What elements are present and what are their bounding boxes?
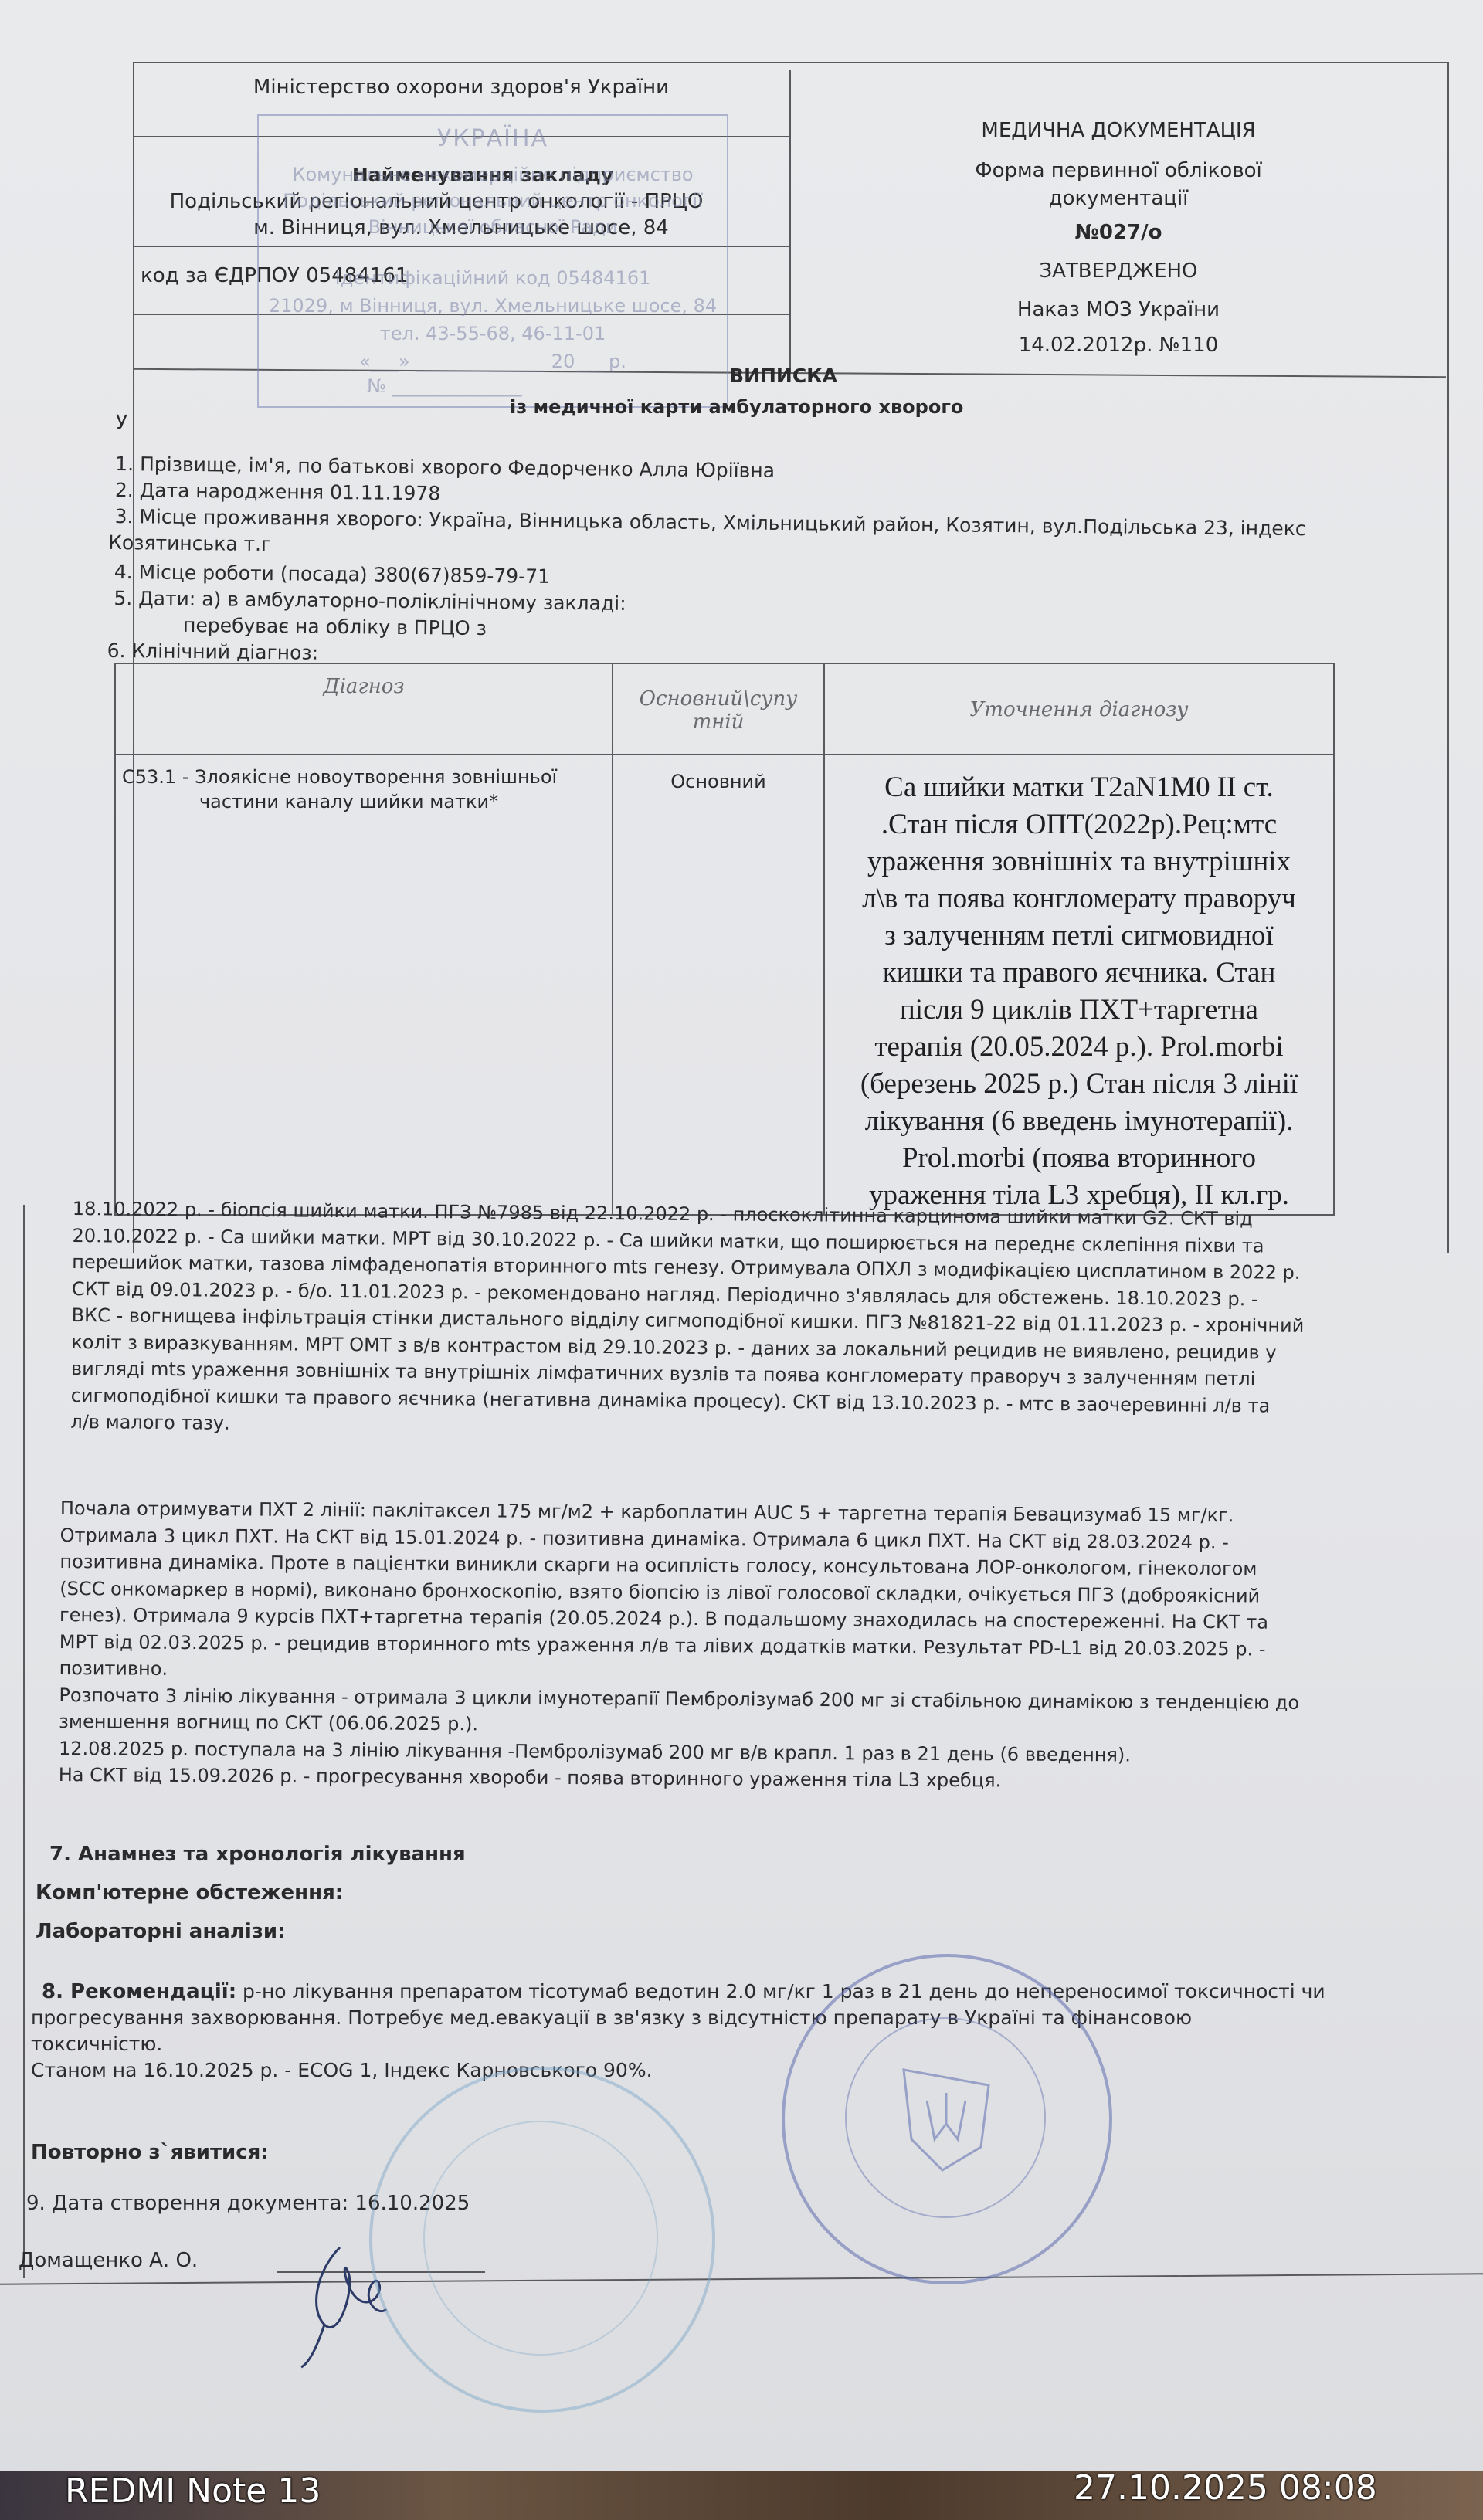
history-block-1: 18.10.2022 р. - біопсія шийки матки. ПГЗ… bbox=[70, 1196, 1305, 1446]
refinement-line: кишки та правого яєчника. Стан bbox=[831, 955, 1327, 992]
refinement-line: Са шийки матки T2aN1M0 II ст. bbox=[831, 769, 1327, 806]
form-line-1: Форма первинної облікової bbox=[791, 158, 1446, 184]
camera-device-label: REDMI Note 13 bbox=[65, 2471, 321, 2511]
table-row: C53.1 - Злоякісне новоутворення зовнішнь… bbox=[115, 755, 1334, 1215]
diagnosis-table: Діагноз Основний\супу тній Уточнення діа… bbox=[114, 663, 1335, 1216]
recommendations: 8. Рекомендації: р-но лікування препарат… bbox=[31, 1979, 1325, 2084]
order-date: 14.02.2012р. №110 bbox=[791, 332, 1446, 358]
lab-tests-label: Лабораторні аналізи: bbox=[36, 1918, 286, 1945]
col-header-diagnosis: Діагноз bbox=[115, 663, 613, 755]
revisit-label: Повторно з`явитися: bbox=[31, 2139, 269, 2166]
col-header-type-line1: Основний\супу bbox=[614, 687, 823, 711]
cell-refinement: Са шийки матки T2aN1M0 II ст. .Стан післ… bbox=[824, 755, 1334, 1215]
stamp-line: Ідентифікаційний код 05484161 bbox=[259, 267, 727, 289]
form-number: №027/о bbox=[791, 219, 1446, 246]
ministry-name: Міністерство охорони здоров'я України bbox=[133, 74, 789, 100]
status-ecog: Станом на 16.10.2025 р. - ECOG 1, Індекс… bbox=[31, 2057, 1325, 2084]
refinement-line: .Стан після ОПТ(2022р).Рец:мтс bbox=[831, 806, 1327, 843]
doctor-stamp-inner bbox=[423, 2121, 658, 2356]
stamp-line: Вінницької обласної Ради bbox=[259, 216, 727, 238]
refinement-line: ураження зовнішніх та внутрішніх bbox=[831, 843, 1327, 880]
order-label: Наказ МОЗ України bbox=[791, 297, 1446, 323]
camera-timestamp: 27.10.2025 08:08 bbox=[1074, 2468, 1377, 2508]
form-line-2: документації bbox=[791, 185, 1446, 212]
document-title: ВИПИСКА bbox=[729, 363, 837, 389]
section-8-heading: 8. Рекомендації: bbox=[42, 1980, 236, 2003]
stamp-date-line: «___» ______________ 20___ р. bbox=[259, 351, 727, 372]
patient-fields: У 1. Прізвище, ім'я, по батькові хворого… bbox=[114, 409, 1307, 677]
refinement-line: після 9 циклів ПХТ+таргетна bbox=[831, 992, 1327, 1029]
trident-emblem-icon bbox=[888, 2054, 1004, 2178]
history-block-2: Почала отримувати ПХТ 2 лінії: паклітакс… bbox=[59, 1495, 1301, 1796]
section-7-heading: 7. Анамнез та хронологія лікування bbox=[49, 1841, 466, 1867]
col-header-type: Основний\супу тній bbox=[613, 663, 824, 755]
refinement-line: Prol.morbi (поява вторинного bbox=[831, 1140, 1327, 1177]
stamp-line: 21029, м Вінниця, вул. Хмельницьке шосе,… bbox=[259, 295, 727, 317]
doctor-name: Домащенко А. О. bbox=[19, 2247, 198, 2274]
refinement-line: терапія (20.05.2024 р.). Prol.morbi bbox=[831, 1029, 1327, 1066]
document-paper: Міністерство охорони здоров'я України На… bbox=[0, 0, 1483, 2471]
page-bottom-border bbox=[0, 2273, 1483, 2284]
recommendation-text: прогресування захворювання. Потребує мед… bbox=[31, 2005, 1325, 2031]
cell-type: Основний bbox=[613, 755, 824, 1215]
recommendations-line: 8. Рекомендації: р-но лікування препарат… bbox=[31, 1979, 1325, 2005]
diagnosis-line: C53.1 - Злоякісне новоутворення зовнішнь… bbox=[122, 765, 606, 789]
refinement-line: з залученням петлі сигмовидної bbox=[831, 917, 1327, 955]
refinement-line: л\в та поява конгломерату праворуч bbox=[831, 880, 1327, 917]
cell-diagnosis: C53.1 - Злоякісне новоутворення зовнішнь… bbox=[115, 755, 613, 1215]
stamp-line: тел. 43-55-68, 46-11-01 bbox=[259, 323, 727, 344]
registration-stamp: УКРАЇНА Комунальне некомерційне підприєм… bbox=[257, 114, 728, 408]
refinement-line: лікування (6 введень імунотерапії). bbox=[831, 1103, 1327, 1140]
page-left-border bbox=[23, 1205, 25, 2278]
recommendation-text: токсичністю. bbox=[31, 2031, 1325, 2057]
refinement-line: (березень 2025 р.) Стан після 3 лінії bbox=[831, 1066, 1327, 1103]
col-header-type-line2: тній bbox=[614, 711, 823, 734]
stamp-line: Комунальне некомерційне підприємство bbox=[259, 164, 727, 185]
col-header-refinement: Уточнення діагнозу bbox=[824, 663, 1334, 755]
recommendation-text: р-но лікування препаратом тісотумаб ведо… bbox=[236, 1980, 1325, 2003]
computer-exam-label: Комп'ютерне обстеження: bbox=[36, 1880, 343, 1906]
stamp-country: УКРАЇНА bbox=[259, 125, 727, 152]
approved-label: ЗАТВЕРДЖЕНО bbox=[791, 258, 1446, 284]
diagnosis-line: частини каналу шийки матки* bbox=[122, 789, 606, 814]
med-doc-title: МЕДИЧНА ДОКУМЕНТАЦІЯ bbox=[791, 117, 1446, 144]
stamp-line: Подільський регіональний центр онкології bbox=[259, 190, 727, 212]
